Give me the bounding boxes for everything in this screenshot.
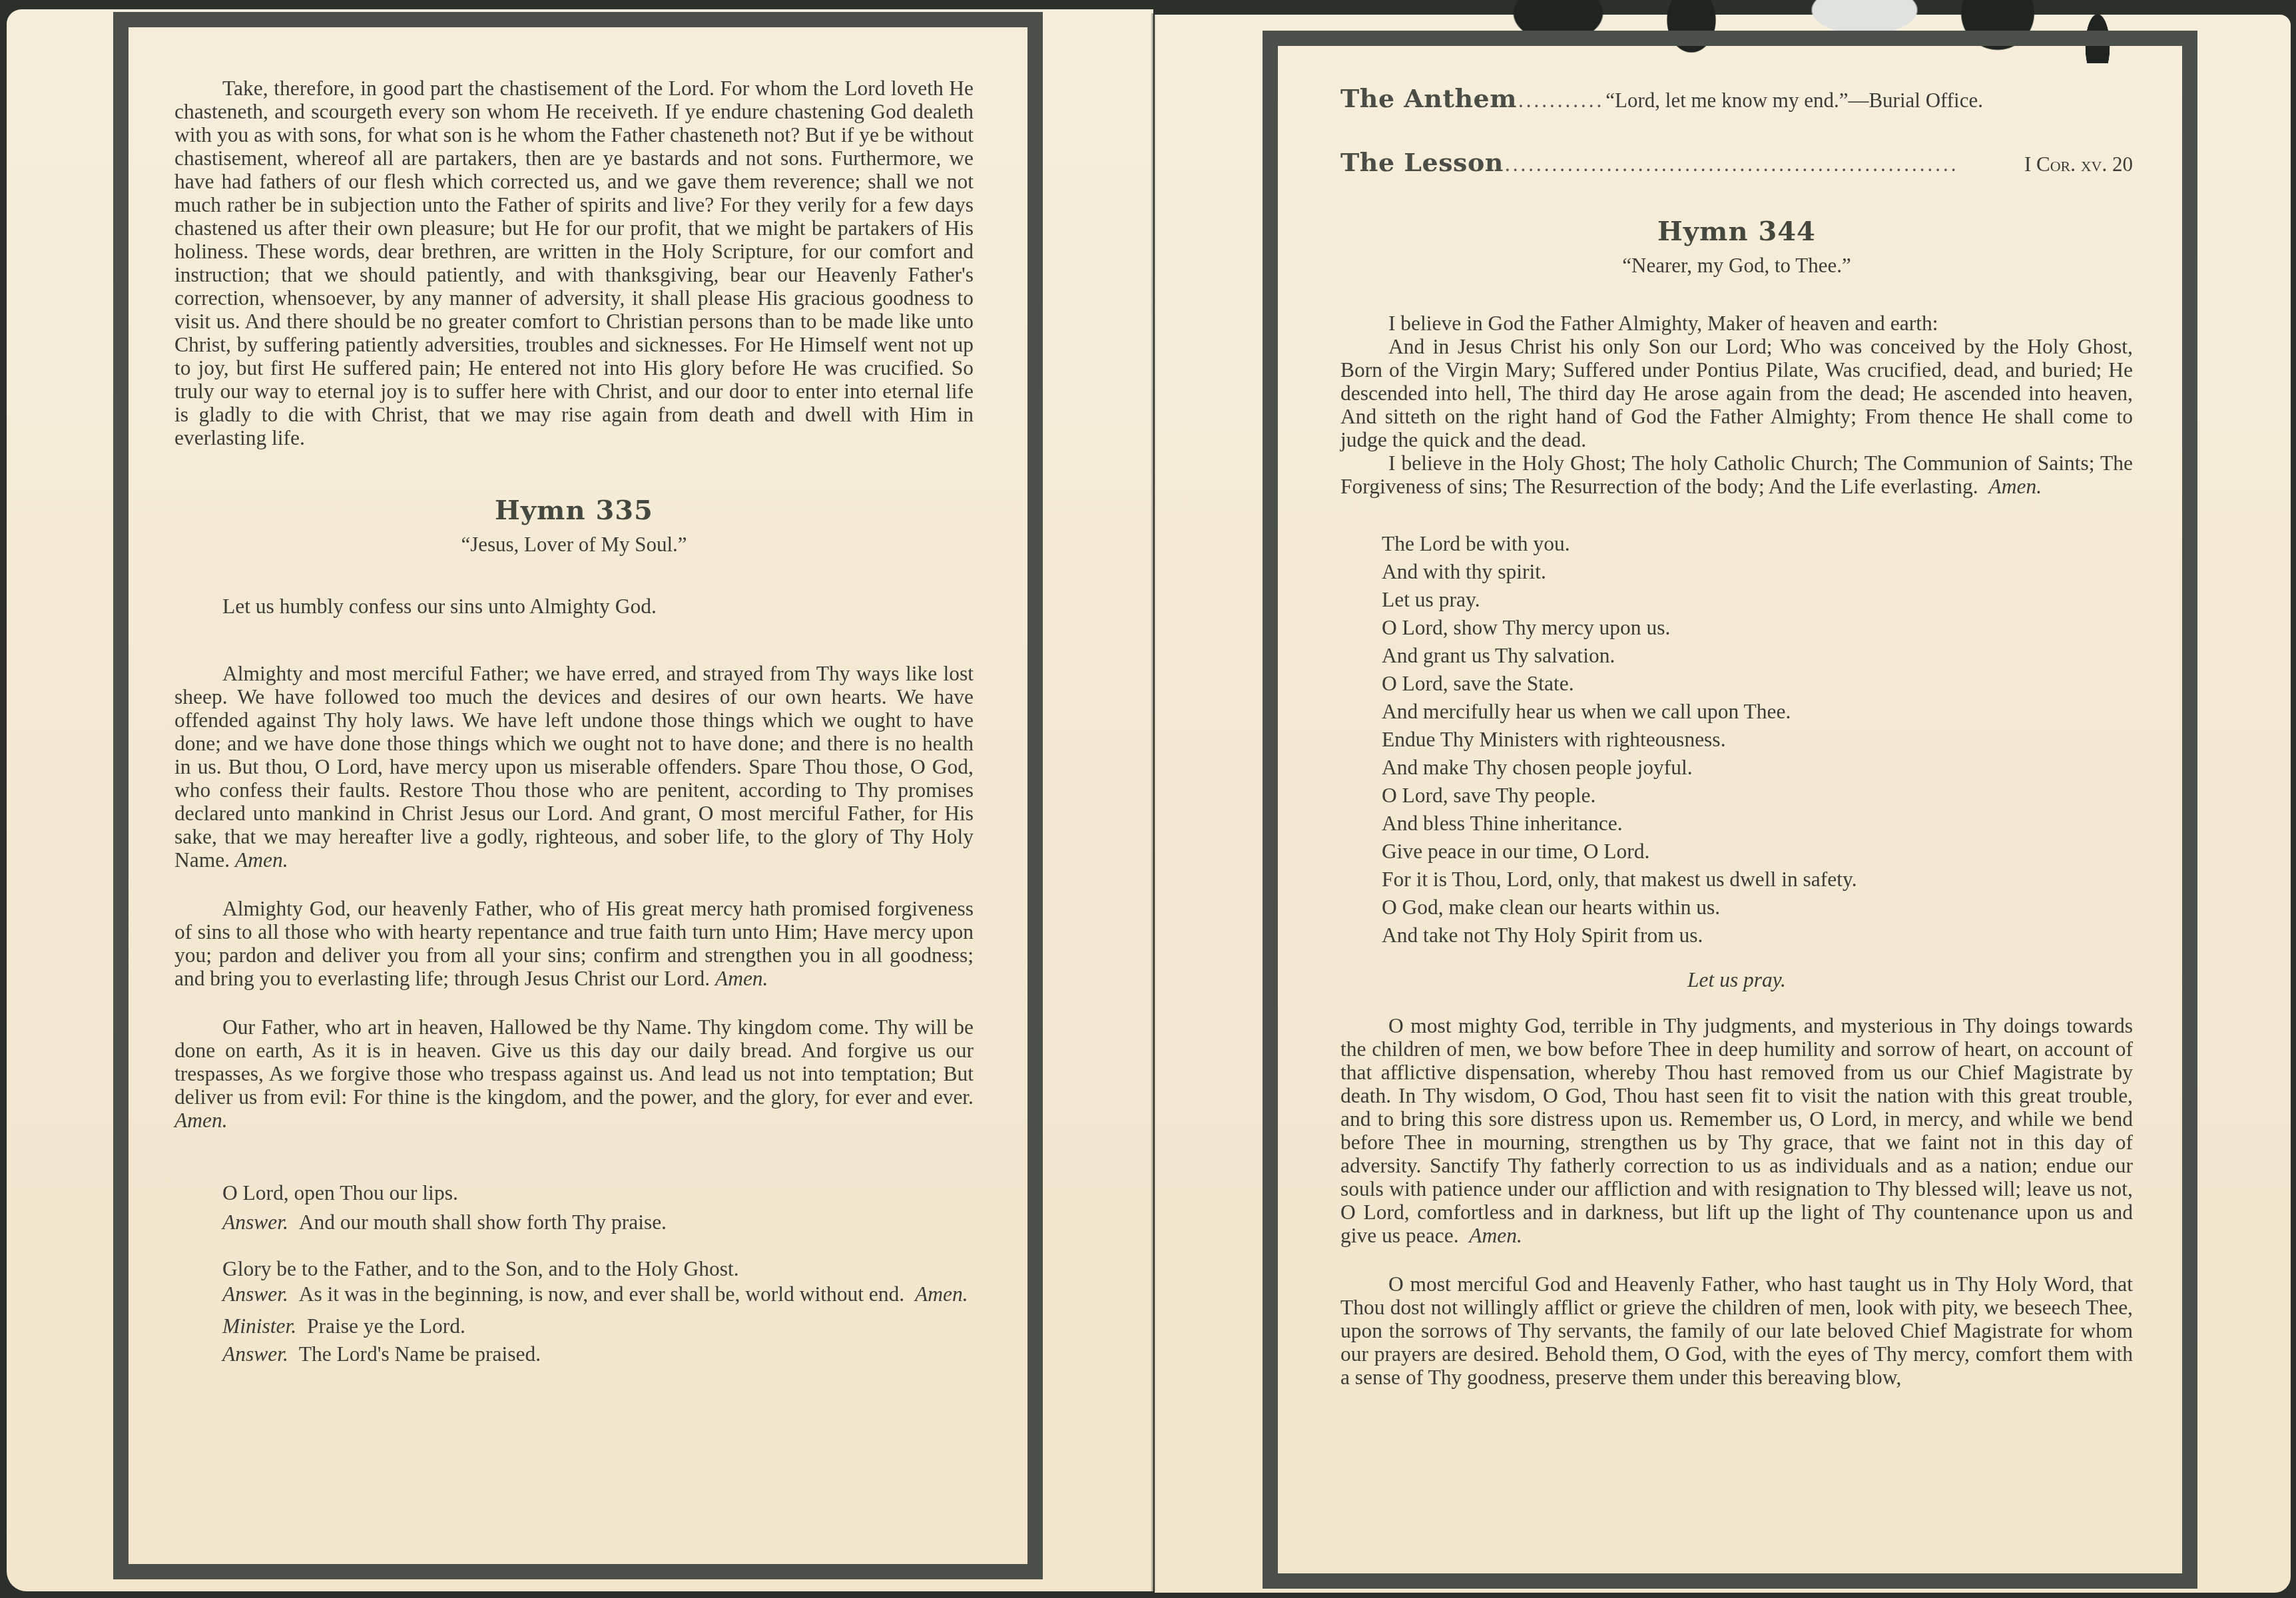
hymn-335-heading: Hymn 335 “Jesus, Lover of My Soul.” (174, 495, 974, 557)
suffrage-line: The Lord be with you. (1340, 530, 2133, 558)
minister-line: Minister. Praise ye the Lord. (174, 1312, 974, 1340)
suffrage-line: O Lord, save the State. (1340, 670, 2133, 698)
lords-prayer: Our Father, who art in heaven, Hallowed … (174, 1015, 974, 1132)
amen: Amen. (915, 1282, 968, 1306)
response: Answer. And our mouth shall show forth T… (174, 1208, 974, 1237)
suffrage-line: For it is Thou, Lord, only, that makest … (1340, 866, 2133, 894)
suffrage-line: Let us pray. (1340, 586, 2133, 614)
amen: Amen. (174, 1109, 228, 1132)
gloria-answer: Answer. As it was in the beginning, is n… (174, 1282, 974, 1306)
opening-versicles: O Lord, open Thou our lips. Answer. And … (174, 1179, 974, 1237)
let-us-pray-rubric: Let us pray. (1340, 968, 2133, 991)
hymn-title: Hymn 335 (174, 495, 974, 527)
suffrage-line: And mercifully hear us when we call upon… (1340, 698, 2133, 726)
versicle: O Lord, open Thou our lips. (174, 1179, 974, 1208)
anthem-line: The Anthem ........... “Lord, let me kno… (1340, 87, 2133, 112)
creed-part-3: I believe in the Holy Ghost; The holy Ca… (1340, 451, 2133, 498)
suffrage-line: And take not Thy Holy Spirit from us. (1340, 922, 2133, 949)
suffrage-line: Endue Thy Ministers with righteousness. (1340, 726, 2133, 754)
general-confession: Almighty and most merciful Father; we ha… (174, 662, 974, 872)
lesson-reference: I Cor. xv. 20 (2024, 152, 2133, 176)
suffrage-line: O Lord, save Thy people. (1340, 782, 2133, 810)
prayer-for-family: O most merciful God and Heavenly Father,… (1340, 1272, 2133, 1389)
lesson-label: The Lesson (1340, 150, 1504, 174)
creed-part-2: And in Jesus Christ his only Son our Lor… (1340, 335, 2133, 451)
left-page-content: Take, therefore, in good part the chasti… (174, 77, 974, 1368)
suffrage-line: Give peace in our time, O Lord. (1340, 838, 2133, 866)
suffrages-list: The Lord be with you. And with thy spiri… (1340, 530, 2133, 949)
amen: Amen. (715, 967, 768, 990)
gloria-patri: Glory be to the Father, and to the Son, … (174, 1256, 974, 1368)
hymn-subtitle: “Jesus, Lover of My Soul.” (174, 532, 974, 557)
hymn-title: Hymn 344 (1340, 216, 2133, 248)
amen: Amen. (235, 848, 288, 872)
leader-dots: ........... (1518, 89, 1604, 112)
leader-dots: ........................................… (1505, 152, 2023, 176)
amen: Amen. (1988, 475, 2042, 498)
anthem-reference: “Lord, let me know my end.”—Burial Offic… (1605, 89, 1983, 112)
lesson-line: The Lesson .............................… (1340, 150, 2133, 176)
hymn-344-heading: Hymn 344 “Nearer, my God, to Thee.” (1340, 216, 2133, 278)
confession-invitation: Let us humbly confess our sins unto Almi… (174, 595, 974, 618)
anthem-label: The Anthem (1340, 87, 1517, 110)
suffrage-line: O God, make clean our hearts within us. (1340, 894, 2133, 922)
hymn-subtitle: “Nearer, my God, to Thee.” (1340, 253, 2133, 278)
absolution: Almighty God, our heavenly Father, who o… (174, 897, 974, 990)
apostles-creed: I believe in God the Father Almighty, Ma… (1340, 312, 2133, 498)
answer-line: Answer. The Lord's Name be praised. (174, 1340, 974, 1368)
amen: Amen. (1469, 1224, 1522, 1247)
suffrage-line: And with thy spirit. (1340, 558, 2133, 586)
suffrage-line: And bless Thine inheritance. (1340, 810, 2133, 838)
right-page-content: The Anthem ........... “Lord, let me kno… (1340, 87, 2133, 1389)
exhortation: Take, therefore, in good part the chasti… (174, 77, 974, 449)
center-fold (1151, 13, 1156, 1591)
suffrage-line: O Lord, show Thy mercy upon us. (1340, 614, 2133, 642)
suffrage-line: And grant us Thy salvation. (1340, 642, 2133, 670)
suffrage-line: And make Thy chosen people joyful. (1340, 754, 2133, 782)
gloria-text: Glory be to the Father, and to the Son, … (174, 1256, 974, 1282)
prayer-for-nation: O most mighty God, terrible in Thy judgm… (1340, 1014, 2133, 1247)
creed-part-1: I believe in God the Father Almighty, Ma… (1340, 312, 2133, 335)
